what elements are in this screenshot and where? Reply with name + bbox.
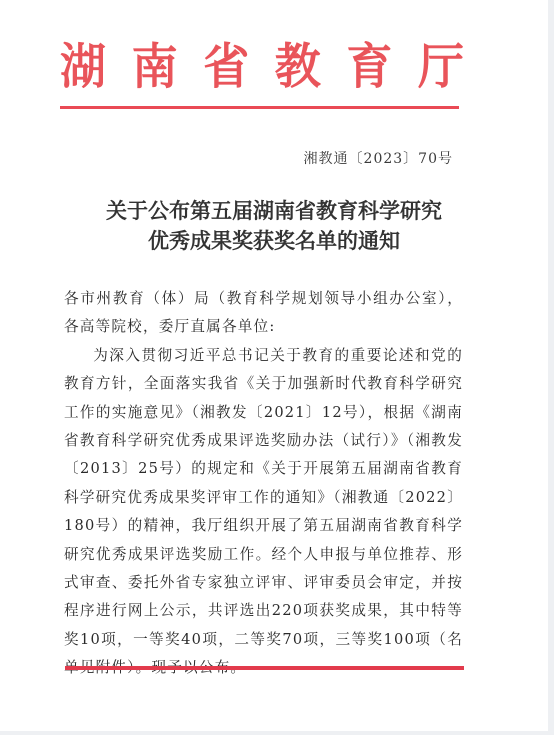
notice-title-line-2: 优秀成果奖获奖名单的通知: [0, 226, 548, 256]
header-char: 育: [346, 37, 392, 96]
notice-title: 关于公布第五届湖南省教育科学研究 优秀成果奖获奖名单的通知: [0, 196, 548, 256]
issuing-authority-header: 湖 南 省 教 育 厅: [60, 38, 464, 94]
header-red-rule: [60, 106, 459, 109]
header-char: 湖: [60, 37, 106, 96]
body-paragraph: 为深入贯彻习近平总书记关于教育的重要论述和党的教育方针，全面落实我省《关于加强新…: [64, 342, 463, 683]
salutation: 各市州教育（体）局（教育科学规划领导小组办公室），各高等院校，委厅直属各单位:: [64, 285, 463, 342]
document-page: 湖 南 省 教 育 厅 湘教通〔2023〕70号 关于公布第五届湖南省教育科学研…: [0, 0, 548, 731]
header-char: 厅: [418, 37, 464, 96]
notice-title-line-1: 关于公布第五届湖南省教育科学研究: [0, 196, 548, 226]
header-char: 南: [132, 37, 178, 96]
notice-body: 各市州教育（体）局（教育科学规划领导小组办公室），各高等院校，委厅直属各单位: …: [64, 285, 463, 683]
header-char: 教: [275, 37, 321, 96]
footer-red-rule: [65, 666, 464, 670]
document-number: 湘教通〔2023〕70号: [304, 148, 453, 168]
header-char: 省: [203, 37, 249, 96]
